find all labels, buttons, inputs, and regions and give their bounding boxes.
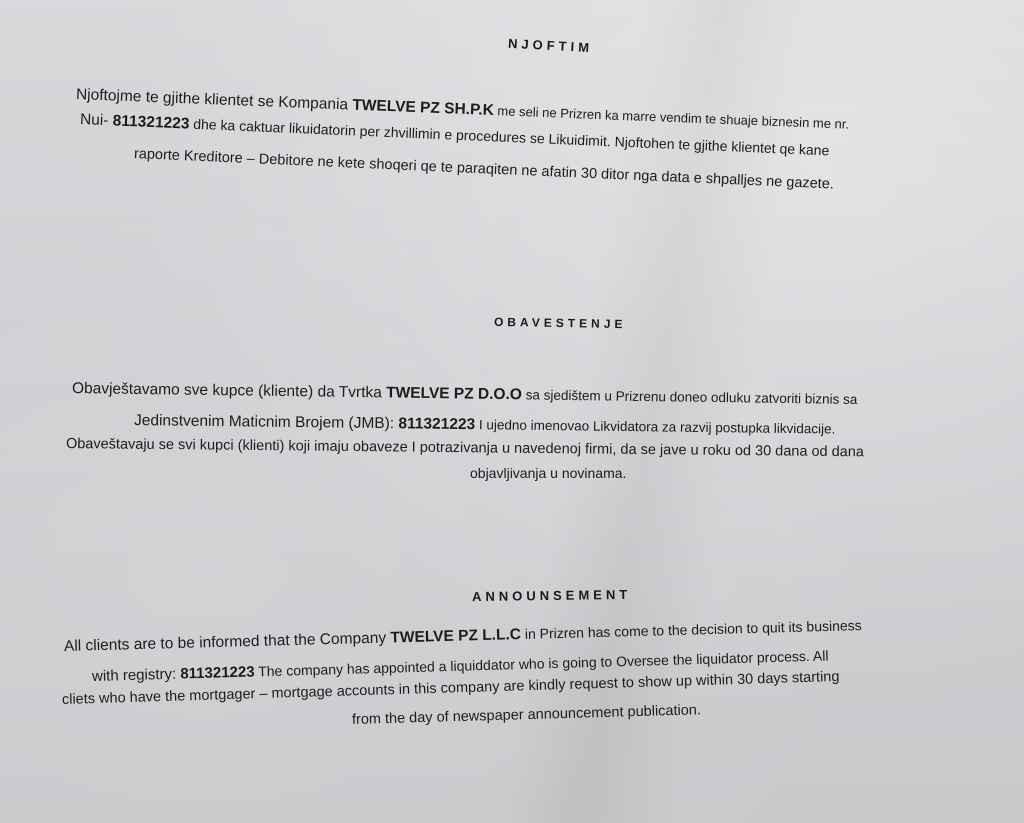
registry-number: 811321223 — [112, 112, 189, 132]
text: All clients are to be informed that the … — [64, 629, 391, 655]
announsement-line-4: from the day of newspaper announcement p… — [352, 702, 701, 728]
text: Nui- — [80, 111, 113, 129]
company-name: TWELVE PZ L.L.C — [390, 626, 521, 646]
text: sa sjedištem u Prizrenu doneo odluku zat… — [522, 387, 858, 407]
text: objavljivanja u novinama. — [470, 465, 626, 481]
obavestenje-line-1: Obavještavamo sve kupce (kliente) da Tvr… — [72, 380, 858, 409]
obavestenje-line-2: Jedinstvenim Maticnim Brojem (JMB): 8113… — [134, 412, 836, 439]
text: from the day of newspaper announcement p… — [352, 702, 701, 728]
heading-announsement: ANNOUNSEMENT — [472, 587, 631, 604]
heading-njoftim: NJOFTIM — [508, 36, 594, 55]
text: in Prizren has come to the decision to q… — [521, 617, 862, 642]
paper-document: NJOFTIM Njoftojme te gjithe klientet se … — [0, 0, 1024, 823]
text: Njoftojme te gjithe klientet se Kompania — [76, 86, 353, 114]
company-name: TWELVE PZ D.O.O — [386, 384, 522, 403]
registry-number: 811321223 — [398, 415, 475, 433]
obavestenje-line-4: objavljivanja u novinama. — [470, 465, 626, 481]
heading-obavestenje: OBAVESTENJE — [494, 315, 627, 331]
registry-number: 811321223 — [180, 663, 255, 682]
text: Obaveštavaju se svi kupci (klienti) koji… — [66, 436, 864, 460]
text: with registry: — [92, 666, 181, 685]
text: Obavještavamo sve kupce (kliente) da Tvr… — [72, 380, 386, 401]
company-name: TWELVE PZ SH.P.K — [352, 97, 494, 119]
text: Jedinstvenim Maticnim Brojem (JMB): — [134, 412, 399, 432]
text: me seli ne Prizren ka marre vendim te sh… — [494, 103, 850, 132]
text: I ujedno imenovao Likvidatora za razvij … — [475, 417, 835, 436]
obavestenje-line-3: Obaveštavaju se svi kupci (klienti) koji… — [66, 436, 864, 460]
